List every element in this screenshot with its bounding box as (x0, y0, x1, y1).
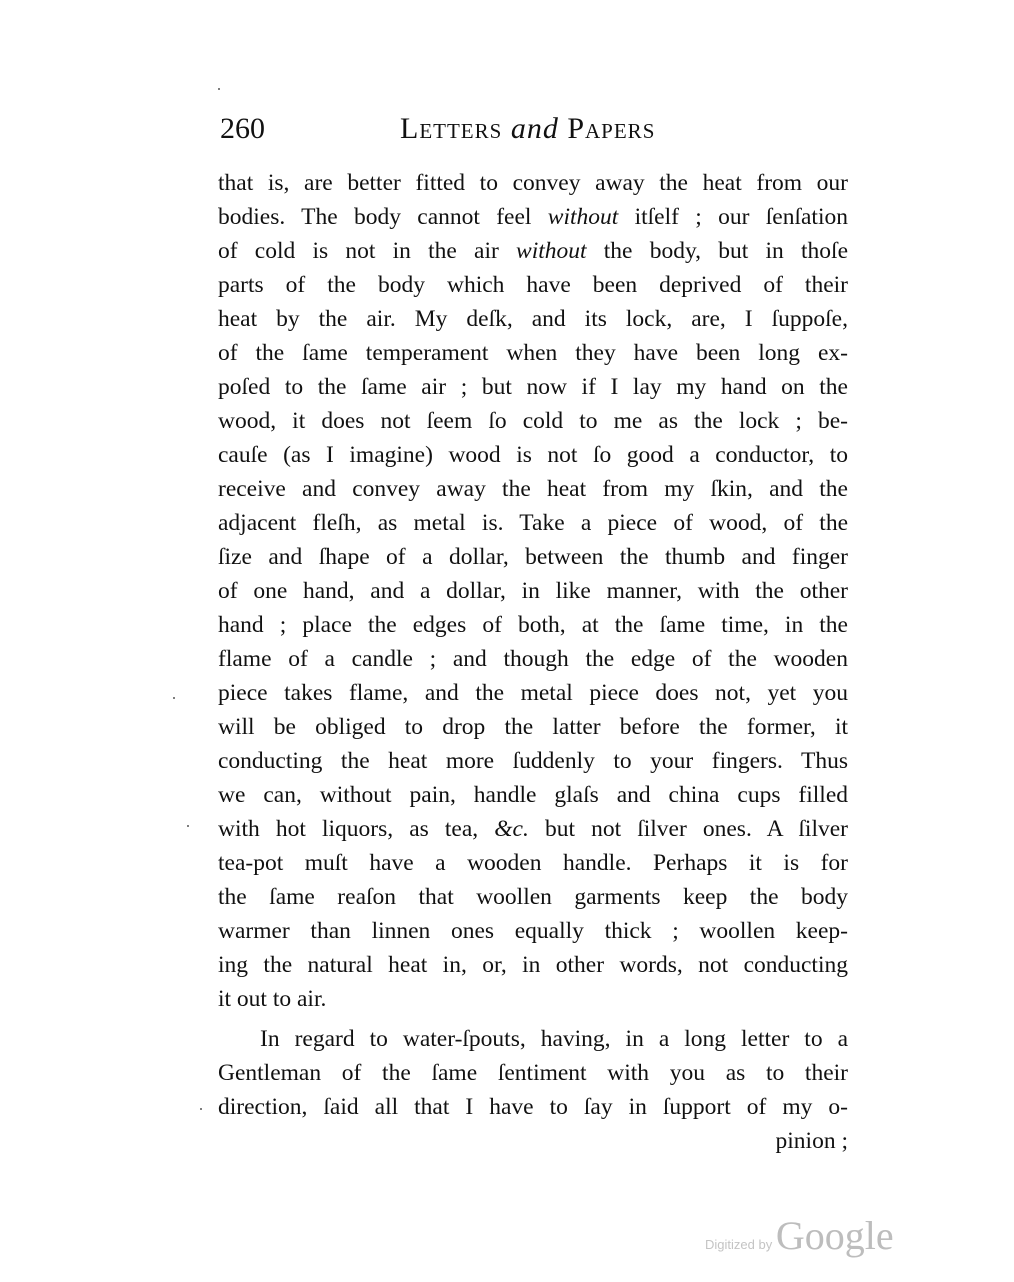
text-line: of one hand, and a dollar, in like manne… (218, 574, 848, 608)
digitized-by-google-watermark: Digitized by Google (705, 1212, 894, 1259)
text-line: In regard to water-ſpouts, having, in a … (218, 1022, 848, 1056)
scan-speck (187, 825, 189, 827)
text-line: conducting the heat more ſuddenly to you… (218, 744, 848, 778)
text-line: piece takes flame, and the metal piece d… (218, 676, 848, 710)
text-line: that is, are better fitted to convey awa… (218, 166, 848, 200)
scan-speck (173, 697, 175, 699)
text-line: it out to air. (218, 982, 848, 1016)
text-line: hand ; place the edges of both, at the ſ… (218, 608, 848, 642)
text-line: bodies. The body cannot feel without itſ… (218, 200, 848, 234)
running-title-pre: Letters (400, 112, 511, 145)
italic-word: &c. (494, 816, 529, 842)
text-line: adjacent fleſh, as metal is. Take a piec… (218, 506, 848, 540)
text-segment: the body, but in thoſe (587, 238, 848, 264)
page-header: 260 Letters and Papers (220, 112, 850, 152)
text-line: Gentleman of the ſame ſentiment with you… (218, 1056, 848, 1090)
text-line: heat by the air. My deſk, and its lock, … (218, 302, 848, 336)
google-logo: Google (776, 1213, 894, 1258)
scan-speck (218, 88, 220, 90)
paragraph-1: that is, are better fitted to convey awa… (218, 166, 848, 1016)
italic-word: without (516, 238, 587, 264)
text-segment: with hot liquors, as tea, (218, 816, 494, 842)
text-segment: itſelf ; our ſenſation (618, 204, 848, 230)
text-line: warmer than linnen ones equally thick ; … (218, 914, 848, 948)
text-segment: but not ſilver ones. A ſilver (529, 816, 848, 842)
text-segment: bodies. The body cannot feel (218, 204, 548, 230)
text-line: of cold is not in the air without the bo… (218, 234, 848, 268)
text-line: tea-pot muſt have a wooden handle. Perha… (218, 846, 848, 880)
text-line: direction, ſaid all that I have to ſay i… (218, 1090, 848, 1124)
text-line: ſize and ſhape of a dollar, between the … (218, 540, 848, 574)
text-line: with hot liquors, as tea, &c. but not ſi… (218, 812, 848, 846)
running-title-italic: and (511, 112, 559, 145)
book-page: 260 Letters and Papers that is, are bett… (0, 0, 1014, 1282)
text-line: cauſe (as I imagine) wood is not ſo good… (218, 438, 848, 472)
text-line: poſed to the ſame air ; but now if I lay… (218, 370, 848, 404)
scan-speck (200, 1108, 202, 1110)
text-line: pinion ; (218, 1124, 848, 1158)
text-segment: of cold is not in the air (218, 238, 516, 264)
text-line: will be obliged to drop the latter befor… (218, 710, 848, 744)
digitized-label: Digitized by (705, 1237, 776, 1252)
text-line: the ſame reaſon that woollen garments ke… (218, 880, 848, 914)
text-line: receive and convey away the heat from my… (218, 472, 848, 506)
text-line: parts of the body which have been depriv… (218, 268, 848, 302)
page-number: 260 (220, 112, 265, 146)
running-title-post: Papers (559, 112, 656, 145)
body-text: that is, are better fitted to convey awa… (218, 166, 848, 1158)
text-line: we can, without pain, handle glaſs and c… (218, 778, 848, 812)
text-line: wood, it does not ſeem ſo cold to me as … (218, 404, 848, 438)
running-title: Letters and Papers (400, 112, 655, 146)
text-line: flame of a candle ; and though the edge … (218, 642, 848, 676)
text-line: of the ſame temperament when they have b… (218, 336, 848, 370)
text-line: ing the natural heat in, or, in other wo… (218, 948, 848, 982)
paragraph-2: In regard to water-ſpouts, having, in a … (218, 1022, 848, 1158)
italic-word: without (548, 204, 619, 230)
